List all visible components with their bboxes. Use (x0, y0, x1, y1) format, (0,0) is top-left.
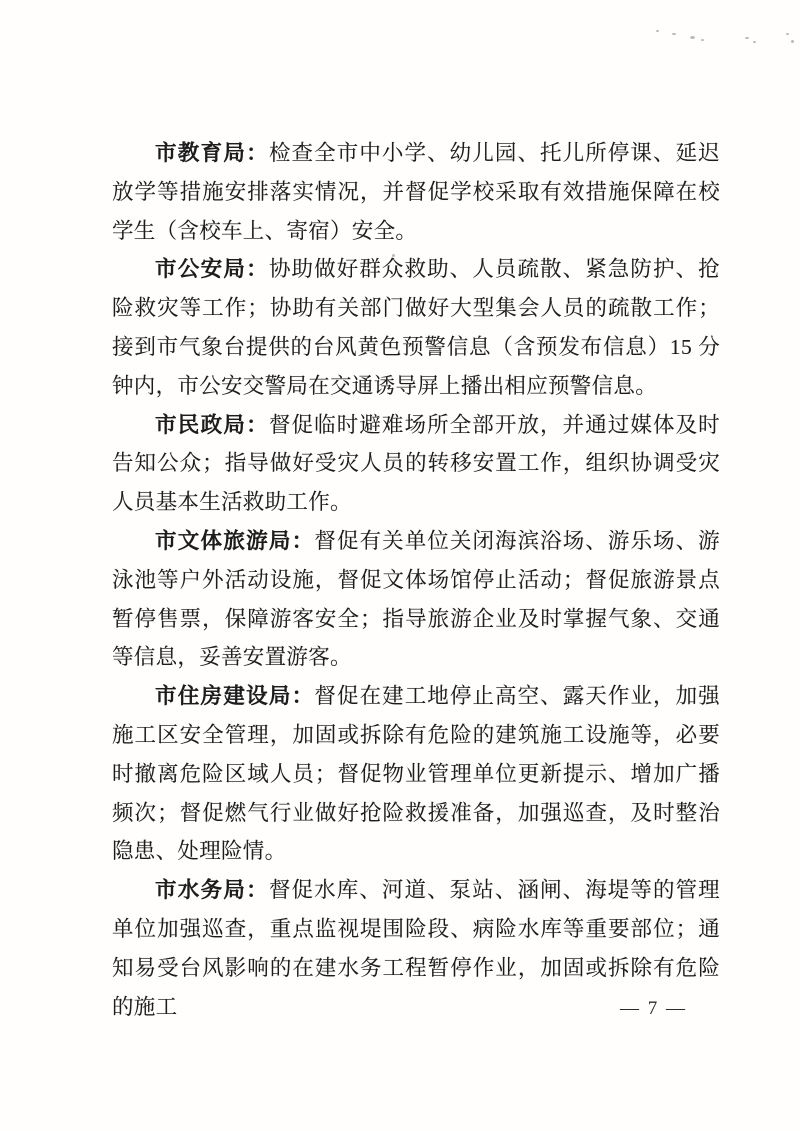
scan-noise-speck (786, 33, 789, 35)
scan-noise-speck (690, 36, 695, 39)
paragraph-culture-sports-tourism-bureau: 市文体旅游局：督促有关单位关闭海滨浴场、游乐场、游泳池等户外活动设施，督促文体场… (112, 522, 720, 677)
bureau-name-education: 市教育局： (155, 141, 269, 165)
bureau-name-civil-affairs: 市民政局： (155, 413, 269, 437)
bureau-name-public-security: 市公安局： (155, 257, 269, 281)
scan-noise-speck (745, 37, 749, 39)
scanned-document-page: 市教育局：检查全市中小学、幼儿园、托儿所停课、延迟放学等措施安排落实情况，并督促… (0, 0, 800, 1131)
page-number: — 7 — (620, 998, 710, 1020)
scan-noise-speck (791, 40, 794, 43)
document-body: 市教育局：检查全市中小学、幼儿园、托儿所停课、延迟放学等措施安排落实情况，并督促… (112, 134, 720, 1026)
scan-noise-speck (701, 39, 704, 41)
scan-noise-speck (672, 33, 676, 35)
scan-noise-speck (656, 30, 659, 32)
scan-noise-speck (753, 41, 756, 43)
bureau-name-culture-sports-tourism: 市文体旅游局： (155, 529, 314, 553)
paragraph-civil-affairs-bureau: 市民政局：督促临时避难场所全部开放，并通过媒体及时告知公众；指导做好受灾人员的转… (112, 406, 720, 522)
bureau-name-water-affairs: 市水务局： (155, 878, 269, 902)
bureau-name-housing-construction: 市住房建设局： (155, 684, 314, 708)
paragraph-public-security-bureau: 市公安局：协助做好群众救助、人员疏散、紧急防护、抢险救灾等工作；协助有关部门做好… (112, 250, 720, 405)
paragraph-education-bureau: 市教育局：检查全市中小学、幼儿园、托儿所停课、延迟放学等措施安排落实情况，并督促… (112, 134, 720, 250)
paragraph-housing-construction-bureau: 市住房建设局：督促在建工地停止高空、露天作业，加强施工区安全管理，加固或拆除有危… (112, 677, 720, 871)
paragraph-text: 督促在建工地停止高空、露天作业，加强施工区安全管理，加固或拆除有危险的建筑施工设… (112, 684, 720, 863)
